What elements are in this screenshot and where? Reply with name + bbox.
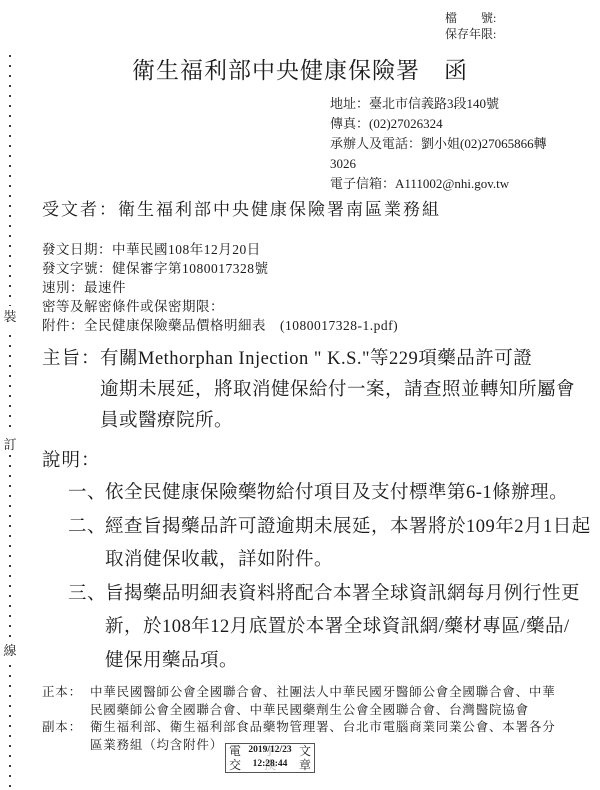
electronic-exchange-stamp: 電 子 2019/12/23 文 交 換 12:28:44 章 [225, 743, 315, 773]
cc-copy-row: 副本： 衛生福利部、衛生福利部食品藥物管理署、台北市電腦商業同業公會、本署各分 … [42, 719, 594, 754]
original-copy-line: 中華民國醫師公會全國聯合會、社團法人中華民國牙醫師公會全國聯合會、中華 [90, 684, 594, 702]
explanation-label: 說明： [42, 446, 101, 477]
subject-label: 主旨： [42, 344, 101, 375]
recipient-line: 受文者：衛生福利部中央健康保險署南區業務組 [42, 198, 441, 222]
stamp-top-row: 電 子 2019/12/23 文 [229, 745, 311, 757]
stamp-time: 12:28:44 [253, 760, 288, 770]
subject-text: 有關Methorphan Injection " K.S."等229項藥品許可證… [100, 344, 575, 437]
item-text-line: 依全民健康保險藥物給付項目及支付標準第6-1條辦理。 [105, 477, 593, 511]
subject-line: 逾期未展延，將取消健保給付一案，請查照並轉知所屬會 [100, 375, 575, 406]
sender-email: 電子信箱：A111002@nhi.gov.tw [330, 174, 547, 194]
original-copy-row: 正本： 中華民國醫師公會全國聯合會、社團法人中華民國牙醫師公會全國聯合會、中華 … [42, 684, 594, 719]
explanation-list: 一、 依全民健康保險藥物給付項目及支付標準第6-1條辦理。 二、 經查旨揭藥品許… [68, 477, 593, 678]
binding-mark-xian: 線 [2, 640, 18, 661]
item-text-line: 旨揭藥品明細表資料將配合本署全球資訊網每月例行性更 [105, 578, 593, 612]
retention-period-label: 保存年限: [445, 26, 496, 42]
cc-copy-line: 區業務組（均含附件） [90, 737, 594, 755]
sender-contact-extension: 3026 [330, 154, 547, 174]
sender-fax: 傳真：(02)27026324 [330, 114, 547, 134]
explanation-item-1: 一、 依全民健康保險藥物給付項目及支付標準第6-1條辦理。 [68, 477, 593, 511]
official-letter-page: 裝 訂 線 檔 號: 保存年限: 衛生福利部中央健康保險署 函 地址：臺北市信義… [0, 0, 600, 790]
document-title: 衛生福利部中央健康保險署 函 [0, 56, 600, 86]
document-meta-block: 發文日期：中華民國108年12月20日 發文字號：健保審字第1080017328… [42, 240, 398, 335]
stamp-char-dian: 電 [229, 745, 241, 757]
binding-mark-ding: 訂 [2, 434, 18, 455]
binding-dotted-line [9, 55, 11, 790]
item-number: 一、 [68, 477, 106, 511]
binding-mark-zhuang: 裝 [2, 306, 18, 327]
original-copy-label: 正本： [42, 684, 82, 702]
subject-line: 員或醫療院所。 [100, 406, 575, 437]
file-number-label: 檔 號: [445, 10, 496, 26]
cc-copy-label: 副本： [42, 719, 82, 737]
attachment-line: 附件：全民健康保險藥品價格明細表 (1080017328-1.pdf) [42, 316, 398, 335]
distribution-block: 正本： 中華民國醫師公會全國聯合會、社團法人中華民國牙醫師公會全國聯合會、中華 … [42, 684, 594, 754]
subject-line: 有關Methorphan Injection " K.S."等229項藥品許可證 [100, 344, 575, 375]
item-number: 二、 [68, 511, 106, 545]
sender-contact-person: 承辦人及電話：劉小姐(02)27065866轉 [330, 134, 547, 154]
issue-date-line: 發文日期：中華民國108年12月20日 [42, 240, 398, 259]
stamp-char-jiao: 交 [229, 759, 241, 771]
explanation-item-3: 三、 旨揭藥品明細表資料將配合本署全球資訊網每月例行性更 新，於108年12月底… [68, 578, 593, 679]
cc-copy-line: 衛生福利部、衛生福利部食品藥物管理署、台北市電腦商業同業公會、本署各分 [90, 719, 594, 737]
stamp-date: 2019/12/23 [248, 746, 291, 756]
item-number: 三、 [68, 578, 106, 612]
sender-address: 地址：臺北市信義路3段140號 [330, 94, 547, 114]
explanation-item-2: 二、 經查旨揭藥品許可證逾期未展延，本署將於109年2月1日起 取消健保收載，詳… [68, 511, 593, 578]
item-text-line: 新，於108年12月底置於本署全球資訊網/藥材專區/藥品/ [105, 611, 593, 645]
item-text-line: 取消健保收載，詳如附件。 [105, 544, 593, 578]
sender-contact-block: 地址：臺北市信義路3段140號 傳真：(02)27026324 承辦人及電話：劉… [330, 94, 547, 194]
issue-number-line: 發文字號：健保審字第1080017328號 [42, 259, 398, 278]
priority-line: 速別：最速件 [42, 278, 398, 297]
item-text-line: 經查旨揭藥品許可證逾期未展延，本署將於109年2月1日起 [105, 511, 593, 545]
original-copy-line: 民國藥師公會全國聯合會、中華民國藥劑生公會全國聯合會、台灣醫院協會 [90, 702, 594, 720]
stamp-char-wen: 文 [299, 745, 311, 757]
item-text-line: 健保用藥品項。 [105, 645, 593, 679]
security-classification-line: 密等及解密條件或保密期限： [42, 297, 398, 316]
stamp-bottom-row: 交 換 12:28:44 章 [229, 759, 311, 771]
file-info-block: 檔 號: 保存年限: [445, 10, 496, 42]
stamp-char-zhang: 章 [299, 759, 311, 771]
